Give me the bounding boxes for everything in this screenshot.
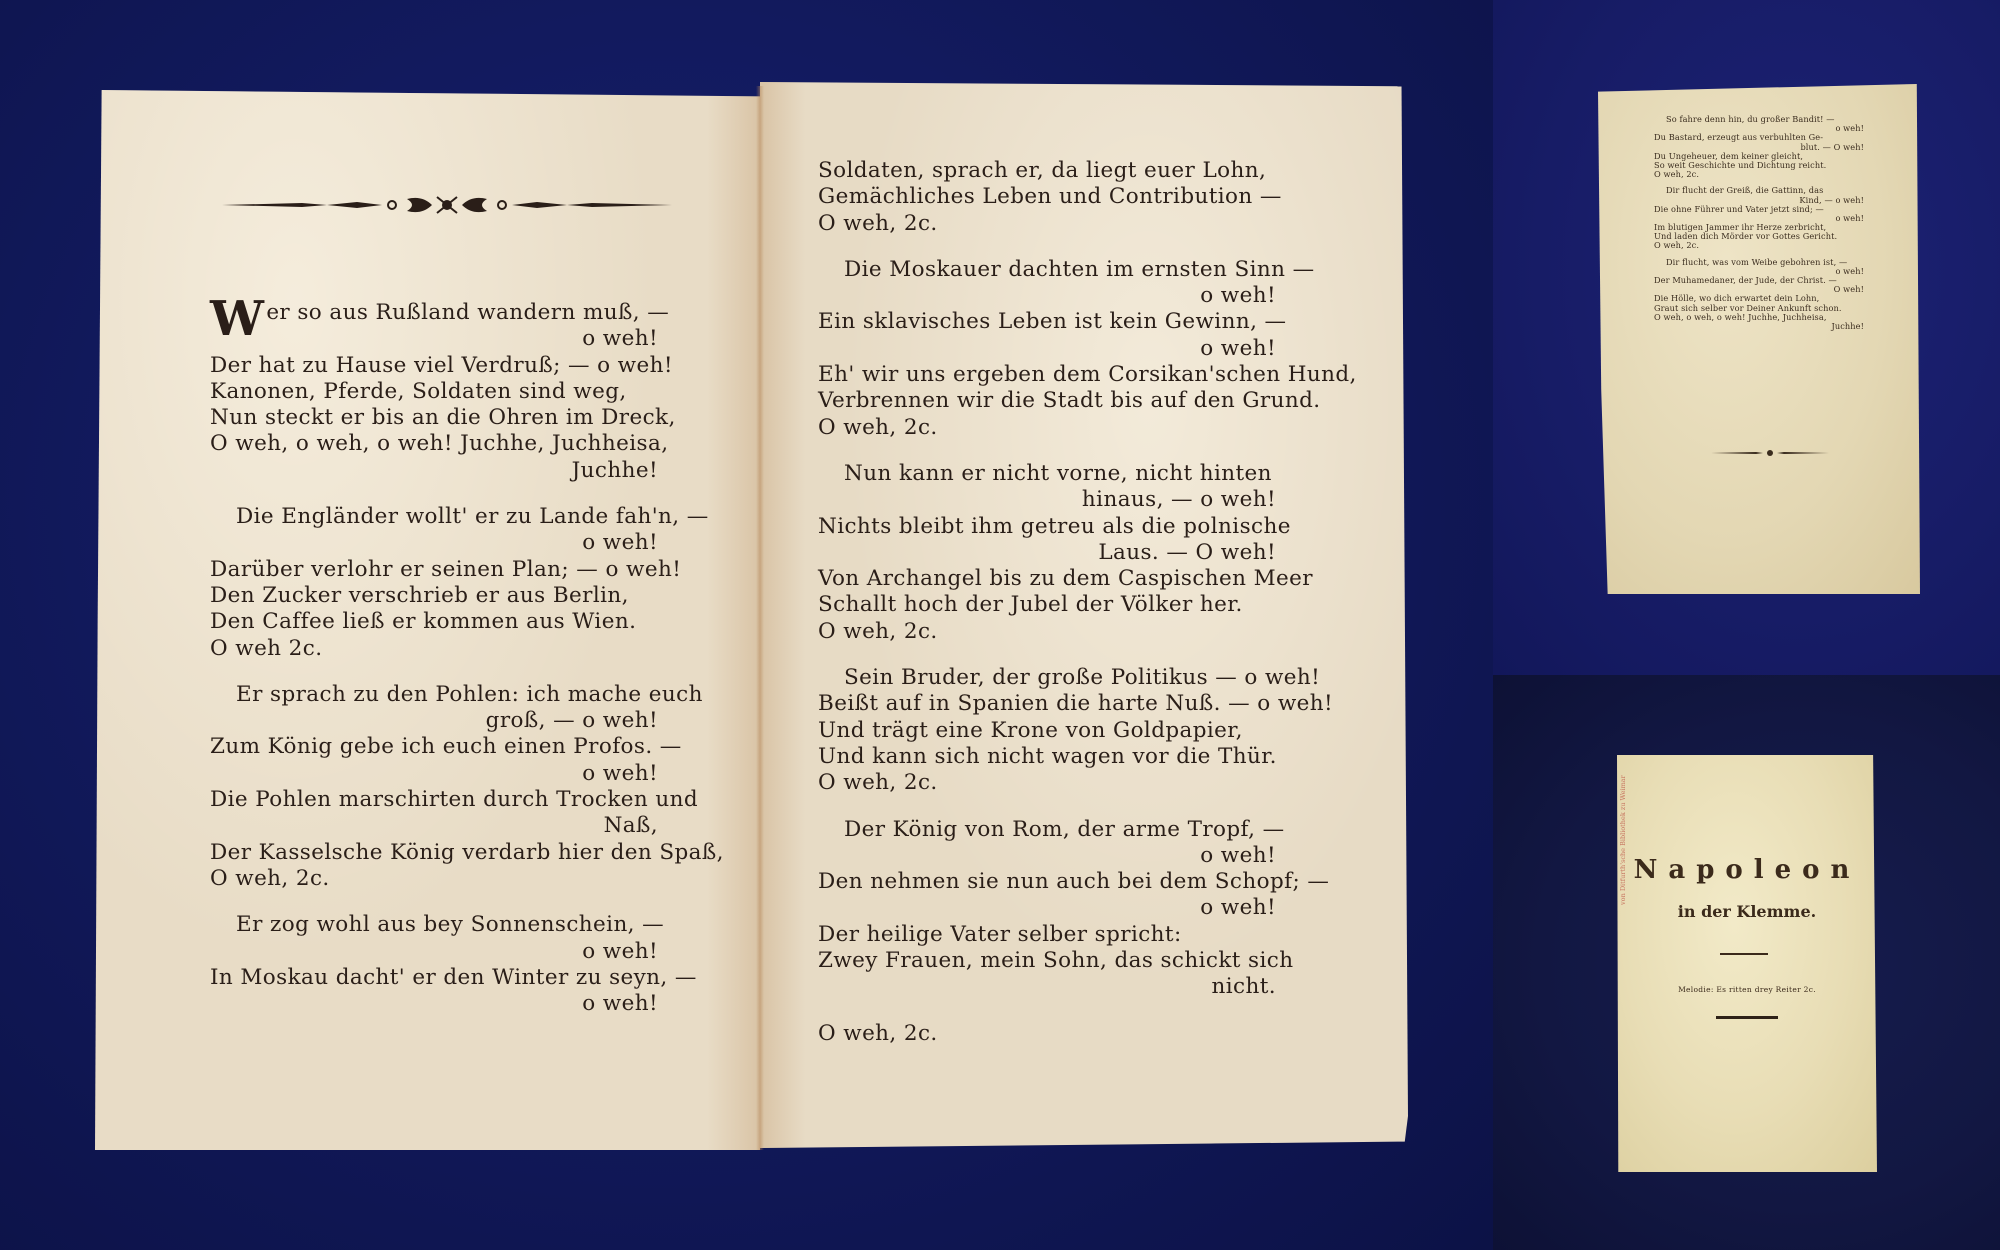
verse-line: nicht.	[818, 974, 1308, 1000]
verse-text: O weh, 2c.	[818, 619, 938, 644]
verse-line: Und kann sich nicht wagen vor die Thür.	[818, 744, 1308, 770]
verse-line: o weh!	[818, 283, 1308, 309]
title-page-rule-top	[1720, 953, 1768, 955]
verse-line: Naß,	[210, 813, 690, 839]
verse-text: o weh!	[582, 530, 658, 555]
verse-line: o weh!	[210, 761, 690, 787]
verse-line: o weh!	[818, 336, 1308, 362]
verse-text: O weh 2c.	[210, 636, 322, 661]
verse-line: groß, — o weh!	[210, 708, 690, 734]
verse-text: So fahre denn hin, du großer Bandit! —	[1666, 114, 1835, 124]
verse-text: Der König von Rom, der arme Tropf, —	[844, 817, 1285, 842]
verse-line: Laus. — O weh!	[818, 540, 1308, 566]
verse-line: Nun kann er nicht vorne, nicht hinten	[818, 461, 1308, 487]
stanza-gap	[818, 441, 1308, 461]
verse-text: o weh!	[1200, 336, 1276, 361]
verse-text: Die Engländer wollt' er zu Lande fah'n, …	[236, 504, 709, 529]
verse-line: O weh, 2c.	[818, 770, 1308, 796]
verse-text: Er zog wohl aus bey Sonnenschein, —	[236, 912, 664, 937]
verse-line: Von Archangel bis zu dem Caspischen Meer	[818, 566, 1308, 592]
verse-line: o weh!	[210, 530, 690, 556]
verse-line: Der König von Rom, der arme Tropf, —	[818, 817, 1308, 843]
verse-line: Den Zucker verschrieb er aus Berlin,	[210, 583, 690, 609]
verse-line: Sein Bruder, der große Politikus — o weh…	[818, 665, 1308, 691]
verse-text: Die Moskauer dachten im ernsten Sinn —	[844, 257, 1315, 282]
verse-line: Zwey Frauen, mein Sohn, das schickt sich	[818, 948, 1308, 974]
verse-line: Schallt hoch der Jubel der Völker her.	[818, 592, 1308, 618]
verse-text: Laus. — O weh!	[1098, 540, 1276, 565]
verse-line: Eh' wir uns ergeben dem Corsikan'schen H…	[818, 362, 1308, 388]
stanza-gap	[818, 797, 1308, 817]
verse-text: Die Pohlen marschirten durch Trocken und	[210, 787, 698, 812]
stanza-gap	[818, 1001, 1308, 1021]
verse-text: hinaus, — o weh!	[1082, 487, 1276, 512]
verse-line: Darüber verlohr er seinen Plan; — o weh!	[210, 557, 690, 583]
verse-text: Naß,	[604, 813, 658, 838]
verse-line: Verbrennen wir die Stadt bis auf den Gru…	[818, 388, 1308, 414]
decorative-rule-ornament-icon	[222, 193, 672, 217]
verse-line: Beißt auf in Spanien die harte Nuß. — o …	[818, 691, 1308, 717]
verse-line: O weh 2c.	[210, 636, 690, 662]
verse-text: Nichts bleibt ihm getreu als die polnisc…	[818, 514, 1291, 539]
verse-text: o weh!	[1200, 283, 1276, 308]
verse-text: Kanonen, Pferde, Soldaten sind weg,	[210, 379, 627, 404]
verse-text: O weh, 2c.	[1654, 240, 1699, 250]
verse-text: o weh!	[582, 991, 658, 1016]
verse-text: Der Muhamedaner, der Jude, der Christ. —	[1654, 275, 1837, 285]
verse-text: groß, — o weh!	[486, 708, 658, 733]
verse-line: Die Moskauer dachten im ernsten Sinn —	[818, 257, 1308, 283]
verse-line: Die Pohlen marschirten durch Trocken und	[210, 787, 690, 813]
verse-line: Der Kasselsche König verdarb hier den Sp…	[210, 840, 690, 866]
title-page-rule-bottom	[1716, 1016, 1778, 1019]
verse-text: Zwey Frauen, mein Sohn, das schickt sich	[818, 948, 1293, 973]
verse-text: Nun steckt er bis an die Ohren im Dreck,	[210, 405, 676, 430]
stanza-gap	[818, 645, 1308, 665]
verse-text: blut. — O weh!	[1800, 142, 1864, 152]
verse-text: Juchhe!	[1831, 321, 1864, 331]
verse-line: Gemächliches Leben und Contribution —	[818, 184, 1308, 210]
stanza-gap	[210, 892, 690, 912]
verse-text: O weh, o weh, o weh! Juchhe, Juchheisa,	[1654, 312, 1827, 322]
stanza-gap	[818, 237, 1308, 257]
verse-line: Nichts bleibt ihm getreu als die polnisc…	[818, 514, 1308, 540]
verse-line: O weh, o weh, o weh! Juchhe, Juchheisa,	[210, 431, 690, 457]
verse-line: O weh, 2c.	[1654, 241, 1894, 250]
verse-line: o weh!	[818, 895, 1308, 921]
verse-text: o weh!	[1835, 123, 1864, 133]
verse-text: o weh!	[582, 939, 658, 964]
verse-line: Die Engländer wollt' er zu Lande fah'n, …	[210, 504, 690, 530]
verse-line: Den Caffee ließ er kommen aus Wien.	[210, 609, 690, 635]
verse-line: O weh, 2c.	[818, 415, 1308, 441]
verse-line: Und trägt eine Krone von Goldpapier,	[818, 718, 1308, 744]
verse-line: O weh, 2c.	[818, 1021, 1308, 1047]
verse-text: Den nehmen sie nun auch bei dem Schopf; …	[818, 869, 1329, 894]
verse-text: Sein Bruder, der große Politikus — o weh…	[844, 665, 1320, 690]
verse-line: Soldaten, sprach er, da liegt euer Lohn,	[818, 158, 1308, 184]
verse-line: Juchhe!	[210, 458, 690, 484]
verse-line: Juchhe!	[1654, 322, 1894, 331]
drop-cap: W	[210, 304, 264, 334]
left-page-text: Wer so aus Rußland wandern muß, —o weh!D…	[210, 300, 690, 1017]
verse-text: Verbrennen wir die Stadt bis auf den Gru…	[818, 388, 1321, 413]
verse-text: Darüber verlohr er seinen Plan; — o weh!	[210, 557, 681, 582]
verse-line: Wer so aus Rußland wandern muß, —	[210, 300, 690, 326]
verse-line: O weh, 2c.	[1654, 170, 1894, 179]
verse-line: O weh, 2c.	[818, 619, 1308, 645]
verse-text: Und kann sich nicht wagen vor die Thür.	[818, 744, 1277, 769]
verse-line: Kanonen, Pferde, Soldaten sind weg,	[210, 379, 690, 405]
title-page-subtitle: in der Klemme.	[1617, 902, 1877, 921]
verse-text: Der hat zu Hause viel Verdruß; — o weh!	[210, 353, 673, 378]
verse-text: Die ohne Führer und Vater jetzt sind; —	[1654, 204, 1824, 214]
verse-text: Der Kasselsche König verdarb hier den Sp…	[210, 840, 724, 865]
verse-line: o weh!	[210, 939, 690, 965]
verse-line: O weh, 2c.	[210, 866, 690, 892]
stanza-gap	[210, 662, 690, 682]
verse-text: Gemächliches Leben und Contribution —	[818, 184, 1282, 209]
verse-text: o weh!	[1200, 843, 1276, 868]
page-gutter-fold	[756, 86, 764, 1150]
verse-text: Soldaten, sprach er, da liegt euer Lohn,	[818, 158, 1266, 183]
verse-text: o weh!	[1835, 266, 1864, 276]
verse-line: Der hat zu Hause viel Verdruß; — o weh!	[210, 353, 690, 379]
verse-text: Und trägt eine Krone von Goldpapier,	[818, 718, 1243, 743]
verse-line: Nun steckt er bis an die Ohren im Dreck,	[210, 405, 690, 431]
stanza-gap	[210, 484, 690, 504]
verse-text: o weh!	[1835, 213, 1864, 223]
library-stamp: von Ditfurth'sche Bibliothek zu Weimar	[1620, 825, 1634, 905]
verse-text: er so aus Rußland wandern muß, —	[266, 300, 669, 325]
verse-text: Ein sklavisches Leben ist kein Gewinn, —	[818, 309, 1286, 334]
verse-line: Zum König gebe ich euch einen Profos. —	[210, 734, 690, 760]
verse-text: o weh!	[1200, 895, 1276, 920]
verse-text: In Moskau dacht' er den Winter zu seyn, …	[210, 965, 697, 990]
verse-text: Schallt hoch der Jubel der Völker her.	[818, 592, 1243, 617]
verse-text: o weh!	[582, 761, 658, 786]
verse-line: o weh!	[210, 991, 690, 1017]
verse-line: Der heilige Vater selber spricht:	[818, 922, 1308, 948]
verse-text: Dir flucht, was vom Weibe gebohren ist, …	[1666, 257, 1847, 267]
verse-line: Ein sklavisches Leben ist kein Gewinn, —	[818, 309, 1308, 335]
verse-line: Den nehmen sie nun auch bei dem Schopf; …	[818, 869, 1308, 895]
verse-line: o weh!	[210, 326, 690, 352]
verse-text: O weh, 2c.	[818, 1021, 938, 1046]
verse-line: In Moskau dacht' er den Winter zu seyn, …	[210, 965, 690, 991]
verse-text: Zum König gebe ich euch einen Profos. —	[210, 734, 682, 759]
verse-text: O weh, 2c.	[818, 770, 938, 795]
thumbnail-title-page	[1617, 755, 1877, 1172]
verse-text: Den Caffee ließ er kommen aus Wien.	[210, 609, 636, 634]
verse-text: O weh, 2c.	[818, 415, 938, 440]
verse-text: Den Zucker verschrieb er aus Berlin,	[210, 583, 629, 608]
verse-line: O weh, 2c.	[818, 211, 1308, 237]
title-page-title: Napoleon	[1617, 855, 1877, 885]
verse-text: Juchhe!	[572, 458, 658, 483]
verse-text: O weh, 2c.	[818, 211, 938, 236]
verse-text: Er sprach zu den Pohlen: ich mache euch	[236, 682, 703, 707]
verse-text: Eh' wir uns ergeben dem Corsikan'schen H…	[818, 362, 1357, 387]
verse-line: Er zog wohl aus bey Sonnenschein, —	[210, 912, 690, 938]
verse-text: Von Archangel bis zu dem Caspischen Meer	[818, 566, 1313, 591]
verse-line: Er sprach zu den Pohlen: ich mache euch	[210, 682, 690, 708]
thumbnail-last-page-text: So fahre denn hin, du großer Bandit! —o …	[1654, 115, 1894, 331]
verse-text: O weh, 2c.	[210, 866, 330, 891]
right-page-text: Soldaten, sprach er, da liegt euer Lohn,…	[818, 158, 1308, 1047]
verse-text: Beißt auf in Spanien die harte Nuß. — o …	[818, 691, 1333, 716]
verse-text: O weh!	[1834, 284, 1864, 294]
verse-text: o weh!	[582, 326, 658, 351]
verse-line: hinaus, — o weh!	[818, 487, 1308, 513]
verse-text: Du Bastard, erzeugt aus verbuhlten Ge-	[1654, 132, 1823, 142]
verse-line: o weh!	[818, 843, 1308, 869]
verse-text: Der heilige Vater selber spricht:	[818, 922, 1182, 947]
small-rule-ornament-icon	[1711, 449, 1829, 457]
title-page-melody: Melodie: Es ritten drey Reiter 2c.	[1617, 985, 1877, 994]
verse-text: O weh, o weh, o weh! Juchhe, Juchheisa,	[210, 431, 668, 456]
verse-text: O weh, 2c.	[1654, 169, 1699, 179]
verse-text: nicht.	[1212, 974, 1277, 999]
verse-text: Nun kann er nicht vorne, nicht hinten	[844, 461, 1272, 486]
